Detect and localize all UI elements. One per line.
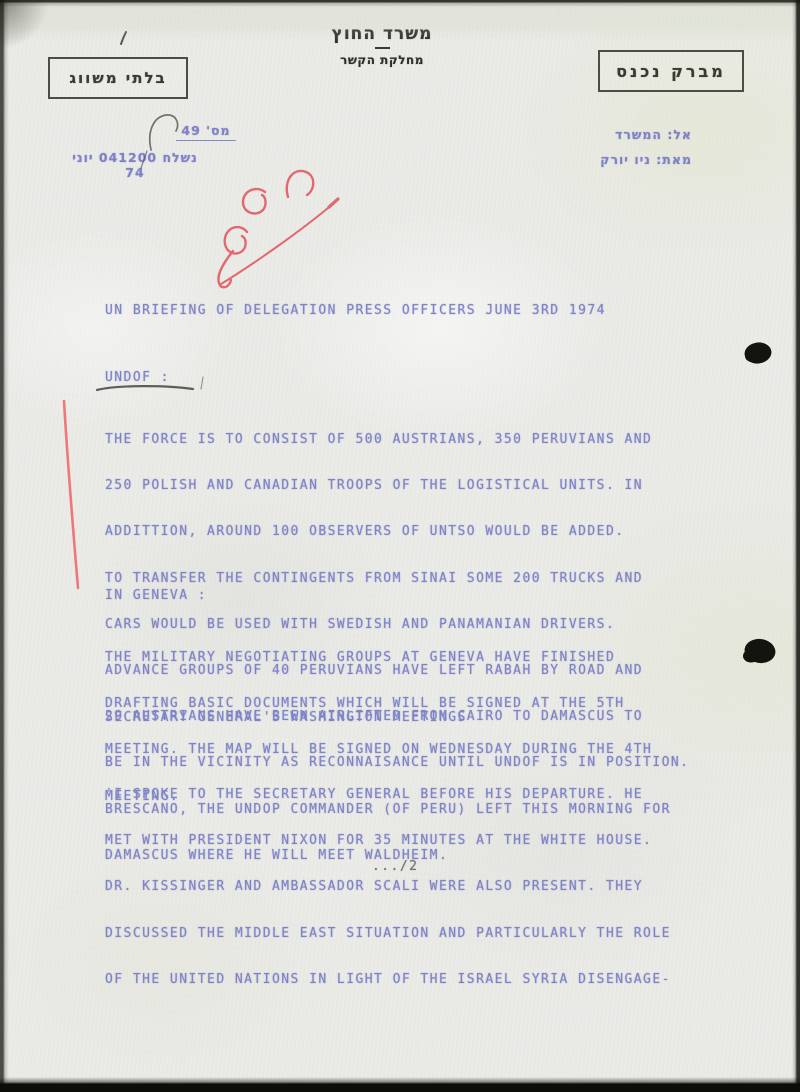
paragraph-line: THE FORCE IS TO CONSIST OF 500 AUSTRIANS… [105, 432, 689, 448]
from-line: מאת: ניו יורק [590, 152, 692, 167]
incoming-telegram-stamp-label: מברק נכנס [616, 62, 726, 81]
pen-tick-mark [121, 32, 126, 44]
pen-tick-mark [201, 377, 203, 389]
paragraph-line: DR. KISSINGER AND AMBASSADOR SCALI WERE … [105, 879, 671, 895]
paragraph-line: THE MILITARY NEGOTIATING GROUPS AT GENEV… [105, 650, 652, 666]
red-margin-line [64, 401, 78, 588]
document-title: UN BRIEFING OF DELEGATION PRESS OFFICERS… [105, 303, 606, 318]
paragraph-line: ADDITTION, AROUND 100 OBSERVERS OF UNTSO… [105, 524, 689, 540]
paragraph-line: TO TRANSFER THE CONTINGENTS FROM SINAI S… [105, 571, 689, 587]
ministry-letterhead: משרד החוץ מחלקת הקשר [300, 24, 464, 67]
red-handwritten-note [218, 171, 338, 287]
ministry-title: משרד החוץ [300, 24, 464, 44]
punch-holes [743, 341, 777, 665]
section-heading-geneva: IN GENEVA : [105, 588, 207, 603]
section-heading-undof: UNDOF : [105, 370, 170, 385]
paragraph-line: MET WITH PRESIDENT NIXON FOR 35 MINUTES … [105, 833, 671, 849]
classification-stamp-label: בלתי משווג [69, 69, 166, 87]
telegram-number: מס' 49 [176, 123, 236, 141]
department-subtitle: מחלקת הקשר [300, 53, 464, 67]
page-continuation-marker: .../2 [372, 859, 418, 874]
paragraph-line: DISCUSSED THE MIDDLE EAST SITUATION AND … [105, 926, 671, 942]
undof-underline-mark [97, 386, 193, 390]
pen-loop-mark [150, 115, 178, 150]
punch-hole-top-edge [745, 350, 759, 362]
letterhead-divider [375, 47, 390, 49]
sent-date-line: נשלח 041200 יוני 74 [62, 150, 208, 180]
section-heading-secretary-general: SECRETARY GENERAL'S WASHINGTON MEETINGS [105, 710, 467, 725]
incoming-telegram-stamp: מברק נכנס [598, 50, 744, 92]
scanned-telegram-page: בלתי משווג משרד החוץ מחלקת הקשר מברק נכנ… [0, 0, 800, 1092]
paragraph-line: OF THE UNITED NATIONS IN LIGHT OF THE IS… [105, 972, 671, 988]
classification-stamp: בלתי משווג [48, 57, 188, 99]
punch-hole-bottom [743, 637, 777, 665]
punch-hole-bottom-edge [743, 650, 759, 663]
punch-hole-top [743, 341, 773, 366]
paragraph-line: 250 POLISH AND CANADIAN TROOPS OF THE LO… [105, 478, 689, 494]
to-line: אל: המשרד [590, 127, 692, 142]
washington-paragraph: 'I SPOKE TO THE SECRETARY GENERAL BEFORE… [105, 757, 671, 1018]
paragraph-line: 'I SPOKE TO THE SECRETARY GENERAL BEFORE… [105, 787, 671, 803]
